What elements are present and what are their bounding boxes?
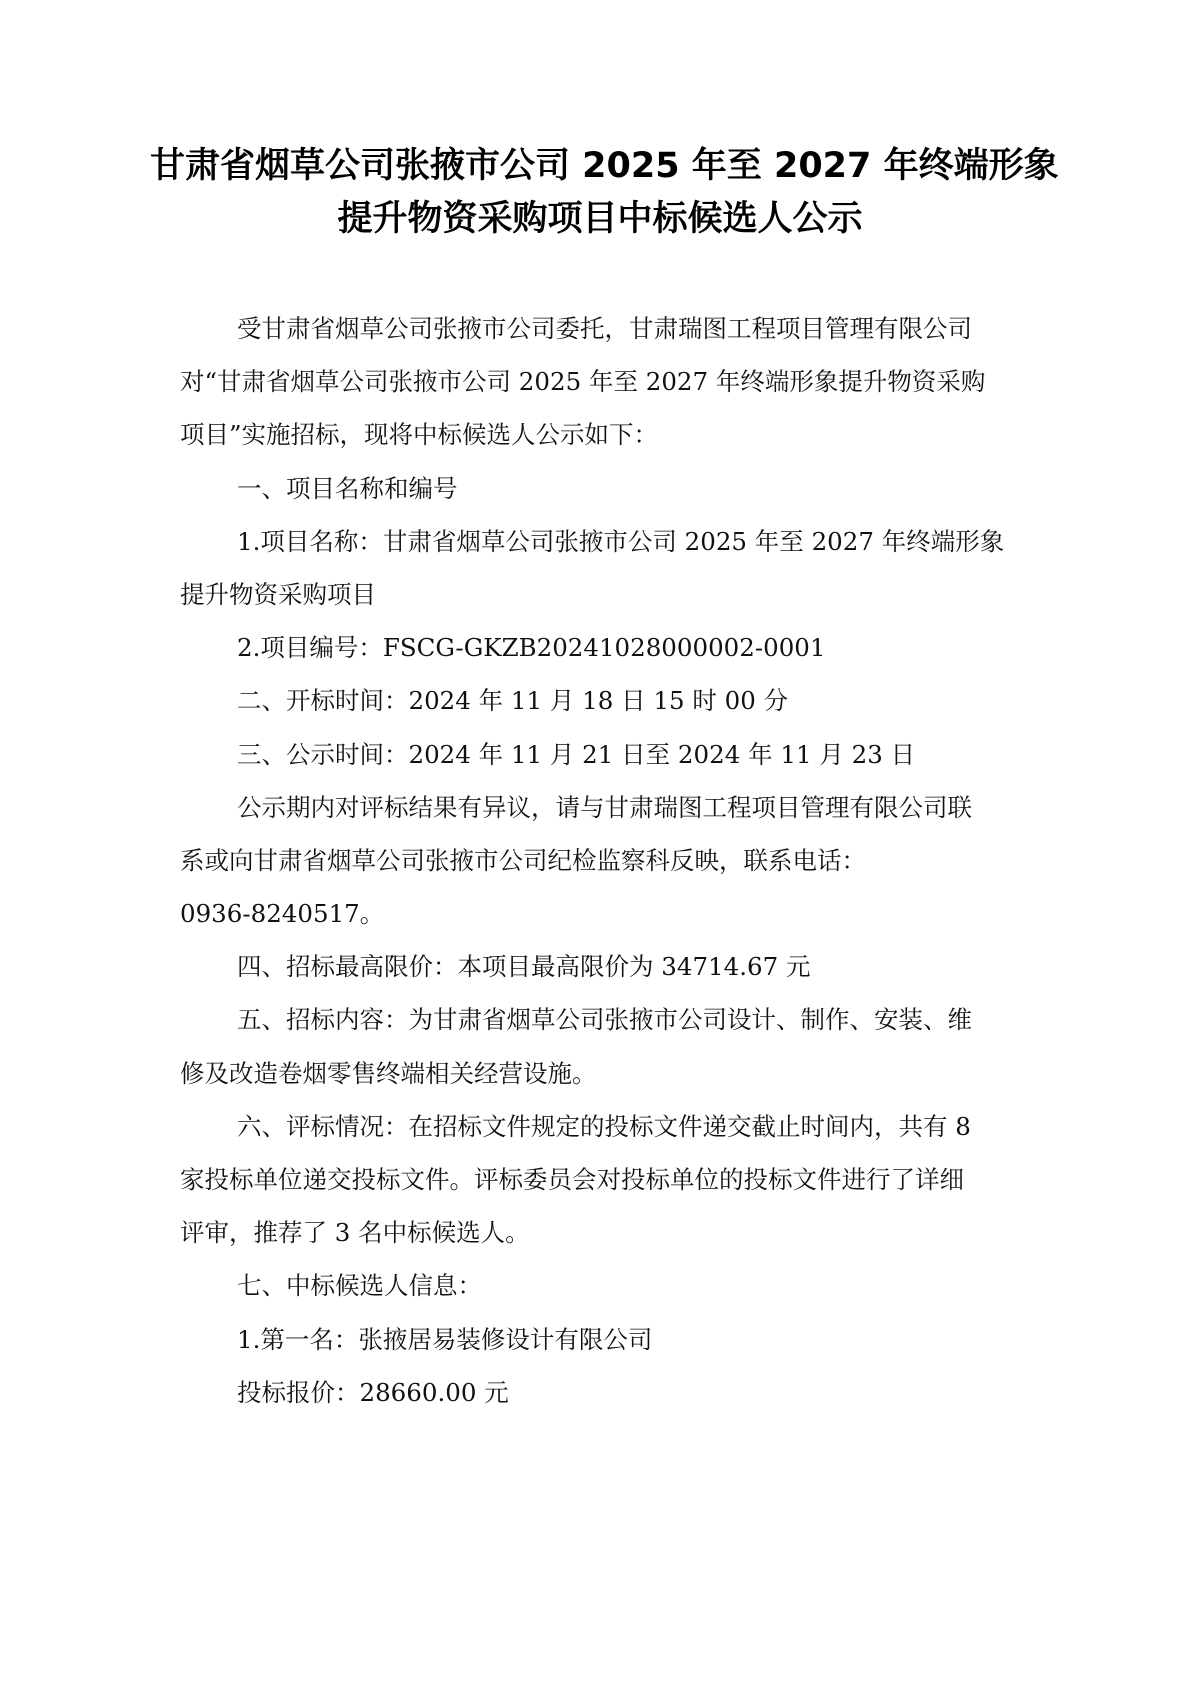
- intro-line-3: 项目”实施招标，现将中标候选人公示如下：: [180, 408, 1060, 461]
- objection-line-2: 系或向甘肃省烟草公司张掖市公司纪检监察科反映，联系电话：: [180, 834, 1060, 887]
- section7-heading: 七、中标候选人信息：: [180, 1259, 1060, 1312]
- evaluation-line-3: 评审，推荐了 3 名中标候选人。: [180, 1206, 1060, 1259]
- intro-line-2: 对“甘肃省烟草公司张掖市公司 2025 年至 2027 年终端形象提升物资采购: [180, 355, 1060, 408]
- title-line-2: 提升物资采购项目中标候选人公示: [150, 193, 1050, 246]
- title-line-1: 甘肃省烟草公司张掖市公司 2025 年至 2027 年终端形象: [150, 140, 1050, 193]
- publicity-period: 三、公示时间：2024 年 11 月 21 日至 2024 年 11 月 23 …: [180, 728, 1060, 781]
- candidate-1-name: 1.第一名：张掖居易装修设计有限公司: [180, 1313, 1060, 1366]
- max-price-limit: 四、招标最高限价：本项目最高限价为 34714.67 元: [180, 940, 1060, 993]
- document-body: 受甘肃省烟草公司张掖市公司委托，甘肃瑞图工程项目管理有限公司 对“甘肃省烟草公司…: [180, 302, 1060, 1419]
- project-name-line-2: 提升物资采购项目: [180, 568, 1060, 621]
- evaluation-line-1: 六、评标情况：在招标文件规定的投标文件递交截止时间内，共有 8: [180, 1100, 1060, 1153]
- intro-line-1: 受甘肃省烟草公司张掖市公司委托，甘肃瑞图工程项目管理有限公司: [180, 302, 1060, 355]
- section1-heading: 一、项目名称和编号: [180, 462, 1060, 515]
- document-title: 甘肃省烟草公司张掖市公司 2025 年至 2027 年终端形象 提升物资采购项目…: [150, 140, 1050, 246]
- tender-content-line-1: 五、招标内容：为甘肃省烟草公司张掖市公司设计、制作、安装、维: [180, 993, 1060, 1046]
- document-page: 甘肃省烟草公司张掖市公司 2025 年至 2027 年终端形象 提升物资采购项目…: [0, 0, 1191, 1684]
- project-number: 2.项目编号：FSCG-GKZB20241028000002-0001: [180, 621, 1060, 674]
- evaluation-line-2: 家投标单位递交投标文件。评标委员会对投标单位的投标文件进行了详细: [180, 1153, 1060, 1206]
- tender-content-line-2: 修及改造卷烟零售终端相关经营设施。: [180, 1047, 1060, 1100]
- bid-opening-time: 二、开标时间：2024 年 11 月 18 日 15 时 00 分: [180, 674, 1060, 727]
- candidate-1-bid-price: 投标报价：28660.00 元: [180, 1366, 1060, 1419]
- objection-line-1: 公示期内对评标结果有异议，请与甘肃瑞图工程项目管理有限公司联: [180, 781, 1060, 834]
- contact-phone: 0936-8240517。: [180, 887, 1060, 940]
- project-name-line-1: 1.项目名称：甘肃省烟草公司张掖市公司 2025 年至 2027 年终端形象: [180, 515, 1060, 568]
